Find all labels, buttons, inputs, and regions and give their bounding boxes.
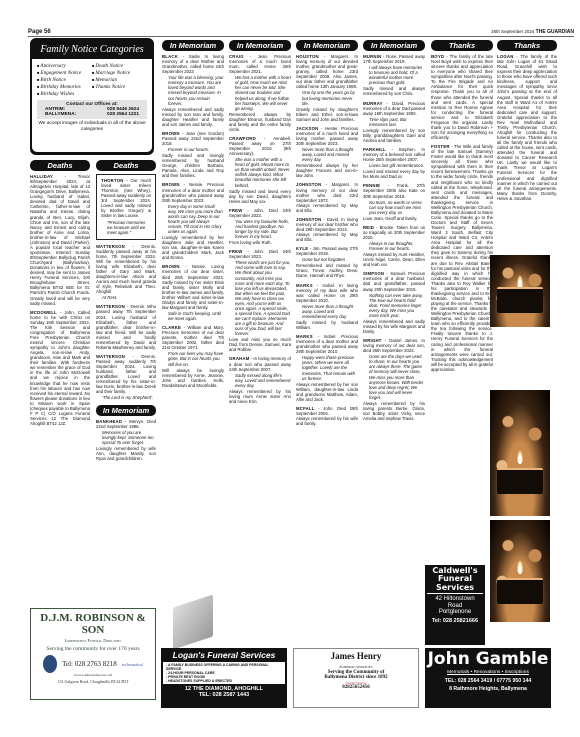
notice: HOUSTON - Margaret. In loving memory of … [296,54,358,122]
notice-verse: At Rest. [96,295,156,300]
notice: FOSTER - The Wife and family of the late… [431,144,493,372]
flame-icon [517,560,523,574]
category-item: Death Notice [92,63,147,69]
notice-text: - The Wife and family of the late Samuel… [431,144,493,372]
notice: PARKHILL - Stephen. In memory of a belov… [363,147,425,179]
notice: WATTERSON - Dennis. Passed away suddenly… [96,354,156,401]
service-item: - HEADSTONES SUPPLIED & ERECTED [166,679,282,683]
notice-verse: These words are just for you, And come w… [229,260,291,336]
notice: REID - Brooke. Taken from us so tragical… [363,225,425,268]
notice: FREW - John. Died 24th September 2023.Th… [229,249,291,352]
ad-phone: TEL: 028 2564 3419 / 07775 950 144 [427,678,549,684]
notice: JOHNSTON - David. In loving memory of ou… [296,217,358,242]
section-header-in-memoriam: In Memoriam [363,40,425,51]
notice-signoff: Sadly missed and loved every day by son … [229,189,291,204]
notice-verse: Your life was a blessing, your memory a … [162,75,224,105]
notice: BROWN - Nessie. Loving memories of our d… [162,264,224,321]
notice: BLACK - Sadie In loving memory of a dear… [162,54,224,127]
ad-line: Ballymena District since 1892 [296,675,416,680]
category-item: Engagement Notice [37,70,92,76]
office-phone: 028 2564 1221 [107,112,139,117]
notice: WRIGHT - Daniel James. In loving memory … [363,338,425,421]
logans-funeral-ad: Logan's Funeral Services - A FAMILY BUSI… [161,648,287,708]
notice: MARKS - Isobel. Precious memories of a d… [296,334,358,402]
category-item: Anniversary [37,63,92,69]
notice-signoff: Remembered always by daughter Eleanor, h… [229,112,291,132]
categories-title: Family Notice Categories [32,40,152,59]
notice-boxed: THORTON - Our much loved sister Eileen T… [96,174,156,240]
categories-list: AnniversaryDeath NoticeEngagement Notice… [37,63,147,97]
memoriam-column-3: In Memoriam BLACK - Sadie In loving memo… [162,40,224,392]
notice: LOGAN - The family of the late John Loga… [497,54,557,201]
category-item: Birthday Memories [37,84,92,90]
notice-signoff: Always remembered by his wife and family… [296,416,358,426]
notice: BROWN - Joan (nee Gordon) Passed away 22… [162,131,224,179]
robinson-funeral-ad: D.J.M. ROBINSON & SON Independent Funera… [30,608,156,700]
section-header-in-memoriam: In Memoriam [162,40,224,51]
notice-signoff: Sadly missed and lovingly remembered by … [162,153,224,178]
ad-address: Portglenone [427,609,483,616]
notice-signoff: Sadly missed by husband William. [296,320,358,330]
notice: WATTERSON - Dennis. Who passed away 7th … [96,304,156,350]
ad-title: Logan's Funeral Services [163,650,285,660]
ad-tagline: Serving the community for over 170 years [34,646,152,652]
notice-verse: From our lives you may have gone, But in… [162,351,224,366]
notice: WATTERSON - Dennis. Suddenly passed away… [96,244,156,301]
notice: CLARKE - William and Mary. Precious memo… [162,325,224,388]
notice-text: - Trevor 5thSeptember 2024, at Altnagelv… [30,174,90,306]
ad-title: John Gamble [427,650,549,670]
category-item: Birth Notice [37,77,92,83]
ad-title: James Henry [296,651,416,661]
crest-icon [43,655,57,673]
notice-verse: Every day in some small way, We miss you… [162,204,224,234]
notice-verse: Safe in God's keeping. Until we meet aga… [162,311,224,321]
contact-offices: Contact our Offices at: ANTRIM:028 9446 … [37,100,147,119]
notice: CRAWFORD - Annabell. Passed away on 27th… [229,136,291,204]
notice-verse: One by one the years go by but loving me… [296,90,358,105]
notice-text: - Dennis. Who passed away 7th September … [96,304,156,350]
ad-phone: Tel: 028 2763 8218 [62,660,117,668]
ad-address: 42 Hiltonstown [427,596,483,603]
ad-subtitle: Independent Funeral Directors [34,638,152,643]
notice-signoff: Remembered always by her daughter France… [296,163,358,178]
notice-signoff: Lovingly remembered by wife Ann, daughte… [96,446,156,461]
ad-title: D.J.M. ROBINSON & SON [34,612,152,636]
ad-phone: 02825652456 [296,685,416,690]
section-header-thanks: Thanks [431,40,493,51]
notice: MURNIN - Rose. Passed away 17th Septembe… [363,54,425,97]
notice-signoff: From loving wife Ruth. [229,240,291,245]
bible-icon [173,595,213,650]
notice: MCDOWELL - John. Called home to be with … [30,310,90,426]
candle-image [490,255,550,327]
notice-text: - Dennis. Suddenly passed away at his ho… [96,244,156,295]
issue-date: 26th September 2024 [491,29,534,34]
paper-name: THE GUARDIAN [536,29,574,35]
notice-verse: Memories of you are lovingly kept. Someo… [96,430,156,445]
notice-verse: Never more than a thought away, Loved an… [296,147,358,162]
ad-services-list: - A FAMILY BUSINESS OFFERING A CARING AN… [163,662,285,684]
notice-verse: We lost a mother with a heart of gold, H… [229,75,291,110]
notice-text: - The family of the late John Logan of 6… [497,54,557,201]
notice-signoff: Greatly missed by daughter's Eileen and … [296,107,358,122]
notice: MARKS - Isobel. In loving memory of my d… [296,283,358,331]
ad-phone: TEL: 028 2587 1443 [163,692,285,698]
notice-verse: She was a mother with a heart of gold, M… [229,157,291,187]
ad-phone: Tel: 028 25821666 [427,618,483,624]
thanks-column-2: Thanks LOGAN - The family of the late Jo… [497,40,557,205]
notice-verse: No tears, no words or verse can say how … [363,200,425,215]
notice: PENNIE - Frank. 27th September 2006 also… [363,183,425,220]
notice-signoff: Loved and missed every day by his Mum an… [363,169,425,179]
notice-signoff: Love and miss you so much Dad, from Deni… [229,337,291,352]
section-header-deaths: Deaths [96,160,156,171]
notice: JACKSON - Hester. Precious memories of a… [296,126,358,179]
notice-signoff: Always remembered by May and Ella. [296,232,358,242]
notice-signoff: Will always be lovingly remembered by An… [162,368,224,388]
flame-icon [517,450,523,464]
notice-verse: Loves last gift remembrance. [363,163,425,168]
notice: CRAIG - Jean. Precious memories of a muc… [229,54,291,132]
ad-title: Services [427,584,483,594]
notice-signoff: Always remembered and sadly missed by hi… [363,319,425,334]
notice: SIMPSON - Samuel. Precious memories of a… [363,271,425,334]
ecclesiastical-logo: ecclesiastical [122,662,143,667]
ad-services: Memorials • Renovations • Inscriptions [427,670,549,675]
section-header-thanks: Thanks [497,40,557,51]
category-item: Thanks Notice [92,84,147,90]
thanks-column-1: Thanks BOYD - The family of the late Noe… [431,40,493,376]
notice-signoff: Always remembered and sadly missed by so… [162,107,224,127]
notice-text: - The family of the late Noel Boyd wish … [431,54,493,140]
notice-signoff: Always missed by Aunt Heather, Uncle Nig… [363,252,425,267]
notice-text: - Our much loved sister Eileen Thornton,… [101,178,151,218]
notice-signoff: Lovingly remembered by son Billy, grandd… [363,128,425,143]
notice-verse: Happy were those precious years, When we… [296,355,358,380]
candle-image [490,390,550,516]
page-number: Page 56 [28,29,51,35]
service-item: - A FAMILY BUSINESS OFFERING A CARING AN… [166,663,282,671]
notice-verse: I will always have memories to treasure … [363,65,425,85]
ad-website[interactable]: www.robinsonsfuneral.com [34,673,152,677]
category-item: Memorian [92,77,147,83]
john-gamble-ad: John Gamble Memorials • Renovations • In… [425,648,551,708]
notice-text: - Nessie. Loving memories of our dear si… [162,264,224,310]
notice-signoff: Remembered and missed by Grace, Trevor, … [296,263,358,278]
family-notice-categories-box: Family Notice Categories AnniversaryDeat… [30,38,154,155]
notice-signoff: Sadly missed and always remembered by so… [363,86,425,96]
bible-image [165,595,225,645]
notice-verse: Time slips past, But memories last. [363,117,425,127]
top-rule [28,36,574,37]
ad-address: Road [427,603,483,610]
notice-signoff: Always remembered by his loving mum Anni… [229,389,291,404]
notice: HALLIDAY - Trevor 5thSeptember 2024, at … [30,174,90,306]
ad-subtitle: FUNERAL SERVICES [296,665,416,669]
notice: GRAHAM - In loving memory of a dear son … [229,356,291,404]
notice-verse: Gone are the days we used to share, In o… [363,354,425,400]
notice-verse: Always in our thoughts, Forever in our h… [363,241,425,251]
notice-signoff: Always remembered by her son William, da… [296,382,358,402]
notice: BANKHEAD - Mervyn. Died 22nd September 1… [96,419,156,462]
notice-verse: Never more than a thought away. Loved an… [296,304,358,319]
notice-text: - Dennis. Passed away suddenly 7th Septe… [96,354,156,394]
notice: BOYD - The family of the late Noel Boyd … [431,54,493,140]
notice-text: - John. Called home to be with Christ on… [30,310,90,426]
office-name: BALLYMENA: [45,112,76,117]
notice: MCFALL - John. Died 29th September 2004.… [296,406,358,426]
notice-verse: 'The Lord is my Shepherd'. [96,395,156,400]
notice: KYLE - Jim. Passed away 27th September 2… [296,246,358,278]
memoriam-column-5: In Memoriam HOUSTON - Margaret. In lovin… [296,40,358,430]
notice-verse: Forever in our hearts. [162,147,224,152]
notice-signoff: Always remembered by May and Ella. [296,203,358,213]
masthead: 26th September 2024 THE GUARDIAN [491,29,574,35]
section-header-in-memoriam: In Memoriam [96,405,156,416]
deaths-column-1: Deaths HALLIDAY - Trevor 5thSeptember 20… [30,160,90,430]
notice-signoff: Love Jean, Geoff and family. [363,216,425,221]
notice-verse: You were my favourite hello, And hardest… [229,219,291,239]
notice-verse: "Precious memories we treasure until we … [101,220,151,235]
memoriam-column-6: In Memoriam MURNIN - Rose. Passed away 1… [363,40,425,425]
notice-verse: Sadly missed along life's way, Loved and… [229,373,291,388]
notice-verse: Gone but not forgotten [296,257,358,262]
ad-address: 131 Galgorm Road, Cloughmills BT44 9DT [34,679,152,684]
candle-image [490,520,550,622]
deaths-column-2: Deaths THORTON - Our much loved sister E… [96,160,156,465]
images-note: We accept images of individuals in all o… [37,121,147,133]
section-header-in-memoriam: In Memoriam [229,40,291,51]
notice-signoff: Always remembered by his loving parents … [363,401,425,421]
notice: MURRAY - David. Precious memories of a d… [363,101,425,144]
notice-text: - Margaret. In loving memory of our devo… [296,54,358,89]
notice: FREW - John. Died 24th September 2023.Yo… [229,208,291,245]
section-header-in-memoriam: In Memoriam [296,40,358,51]
caldwells-funeral-ad: Caldwell's Funeral Services 42 Hiltonsto… [425,565,485,645]
notice: JOHNSTON - Margaret. In loving memory of… [296,182,358,212]
category-item: Birthday Wishes [37,91,92,97]
notice-signoff: Lovingly remembered by her daughters Jul… [162,235,224,260]
notice-verse: Nothing can ever take away, The love our… [363,293,425,318]
category-item: Marriage Notice [92,70,147,76]
section-header-deaths: Deaths [30,160,90,171]
james-henry-ad: James Henry FUNERAL SERVICES Serving the… [293,648,419,708]
notice: BROWN - Nessie. Precious memories of a d… [162,182,224,260]
ad-address: 8 Rathmore Heights, Ballymena [427,686,549,692]
memoriam-column-4: In Memoriam CRAIG - Jean. Precious memor… [229,40,291,408]
